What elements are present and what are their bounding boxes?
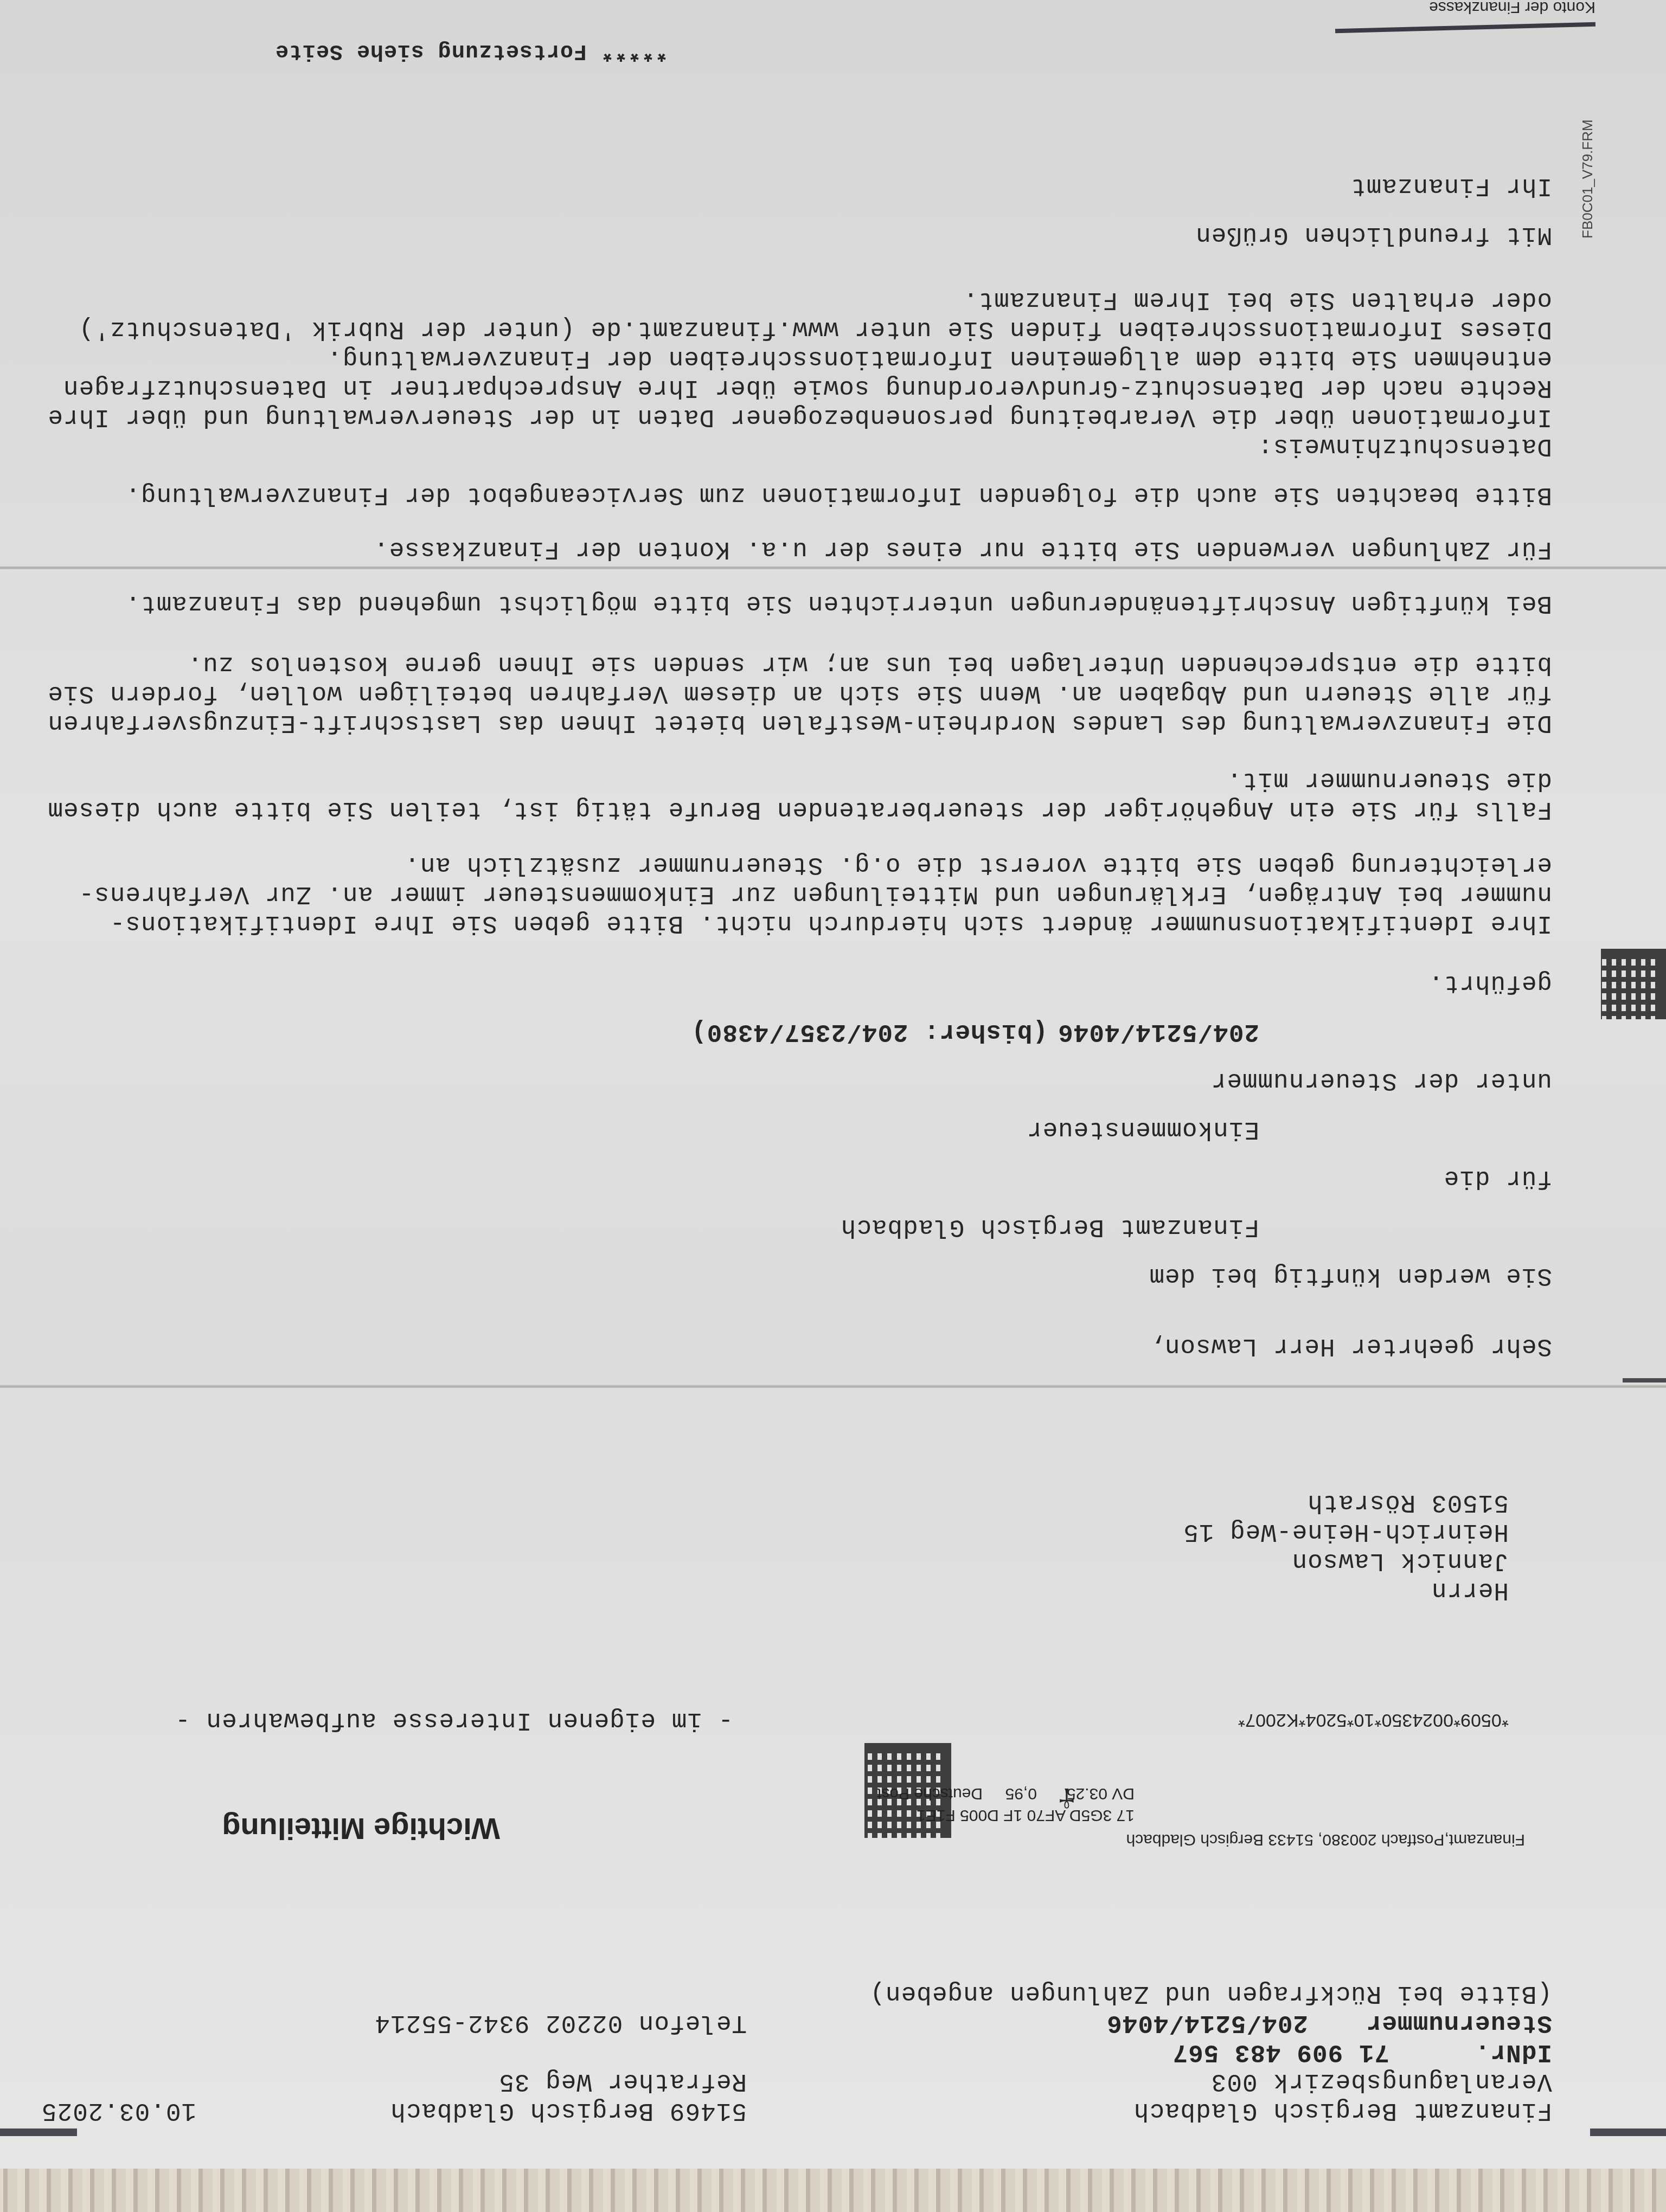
postage-amount: 0,95 — [1005, 1779, 1037, 1808]
idnr-value: 71 909 483 567 — [1172, 2037, 1389, 2067]
fold-mark — [1623, 1378, 1666, 1382]
recipient-name: Jannick Lawson — [1292, 1546, 1509, 1576]
paragraph-tax-advisor: Falls für Sie ein Angehöriger der steuer… — [47, 766, 1552, 824]
continuation-note: ***** Fortsetzung siehe Seite — [275, 36, 668, 65]
paragraph-service: Bitte beachten Sie auch die folgenden In… — [125, 480, 1552, 510]
kept-line: geführt. — [1428, 968, 1552, 998]
steuernummer-label: Steuernummer — [1366, 2008, 1552, 2037]
recipient-salutation: Herrn — [1431, 1576, 1509, 1605]
signature: Ihr Finanzamt — [1350, 171, 1552, 201]
punch-mark-top-right — [0, 2129, 77, 2136]
tax-type: Einkommensteuer — [1027, 1115, 1259, 1144]
district: Veranlagungsbezirk 003 — [1211, 2067, 1552, 2096]
under-number-line: unter der Steuernummer — [1211, 1066, 1552, 1095]
paragraph-payments: Für Zahlungen verwenden Sie bitte nur ei… — [373, 535, 1552, 564]
form-id: FB0C01_V79.FRM — [1579, 119, 1596, 239]
closing: Mit freundlichen Grüßen — [1195, 220, 1552, 249]
notice-subtitle: - im eigenen Interesse aufbewahren - — [175, 1706, 733, 1735]
table-surface — [0, 2163, 1666, 2212]
posthorn-icon: ☥ — [1059, 1780, 1075, 1814]
paragraph-data-protection: Datenschutzhinweis: Informationen über d… — [47, 285, 1552, 461]
recipient-street: Heinrich-Heine-Weg 15 — [1183, 1517, 1509, 1546]
punch-mark-top-left — [1590, 2129, 1666, 2136]
office-street: Refrather Weg 35 — [498, 2067, 747, 2096]
rotated-photo: Finanzamt Bergisch Gladbach 51469 Bergis… — [0, 0, 1666, 2212]
letter-date: 10.03.2025 — [41, 2096, 196, 2125]
steuernummer-value: 204/5214/4046 — [1106, 2008, 1308, 2037]
phone: Telefon 02202 9342-55214 — [374, 2008, 747, 2037]
greeting: Sehr geehrter Herr Lawson, — [1149, 1332, 1552, 1361]
previous-tax-number: (bisher: 204/2357/4380) — [691, 1017, 1048, 1046]
recipient-city: 51503 Rösrath — [1307, 1488, 1509, 1517]
idnr-label: IdNr. — [1475, 2037, 1552, 2067]
postage-date: DV 03.25 — [1067, 1779, 1135, 1808]
office-city: 51469 Bergisch Gladbach — [390, 2096, 747, 2125]
paragraph-address-change: Bei künftigen Anschriftenänderungen unte… — [125, 589, 1552, 618]
tax-letter-sheet: Finanzamt Bergisch Gladbach 51469 Bergis… — [0, 0, 1666, 2169]
reference-note: (Bitte bei Rückfragen und Zahlungen ange… — [869, 1979, 1552, 2008]
paragraph-id-number: Ihre Identifikationsnummer ändert sich h… — [79, 850, 1552, 938]
datamatrix-code — [864, 1743, 951, 1838]
notice-title: Wichtige Mitteilung — [222, 1814, 500, 1843]
fold-line-upper — [0, 1385, 1666, 1388]
paragraph-direct-debit: Die Finanzverwaltung des Landes Nordrhei… — [47, 650, 1552, 737]
routing-code: *0509*0024350*10*5204*K2007* — [1238, 1706, 1509, 1735]
office-line: Finanzamt Bergisch Gladbach — [841, 1212, 1259, 1242]
for-the-line: für die — [1444, 1163, 1552, 1193]
datamatrix-code-small — [1601, 949, 1666, 1019]
fold-line-lower — [0, 566, 1666, 569]
office-name: Finanzamt Bergisch Gladbach — [1133, 2096, 1552, 2125]
return-address: Finanzamt,Postfach 200380, 51433 Bergisc… — [1126, 1825, 1525, 1854]
account-divider — [1335, 22, 1595, 34]
new-tax-number: 204/5214/4046 — [1058, 1017, 1259, 1046]
intro-line: Sie werden künftig bei dem — [1149, 1261, 1552, 1290]
account-heading: Konto der Finanzkasse — [1429, 0, 1595, 22]
